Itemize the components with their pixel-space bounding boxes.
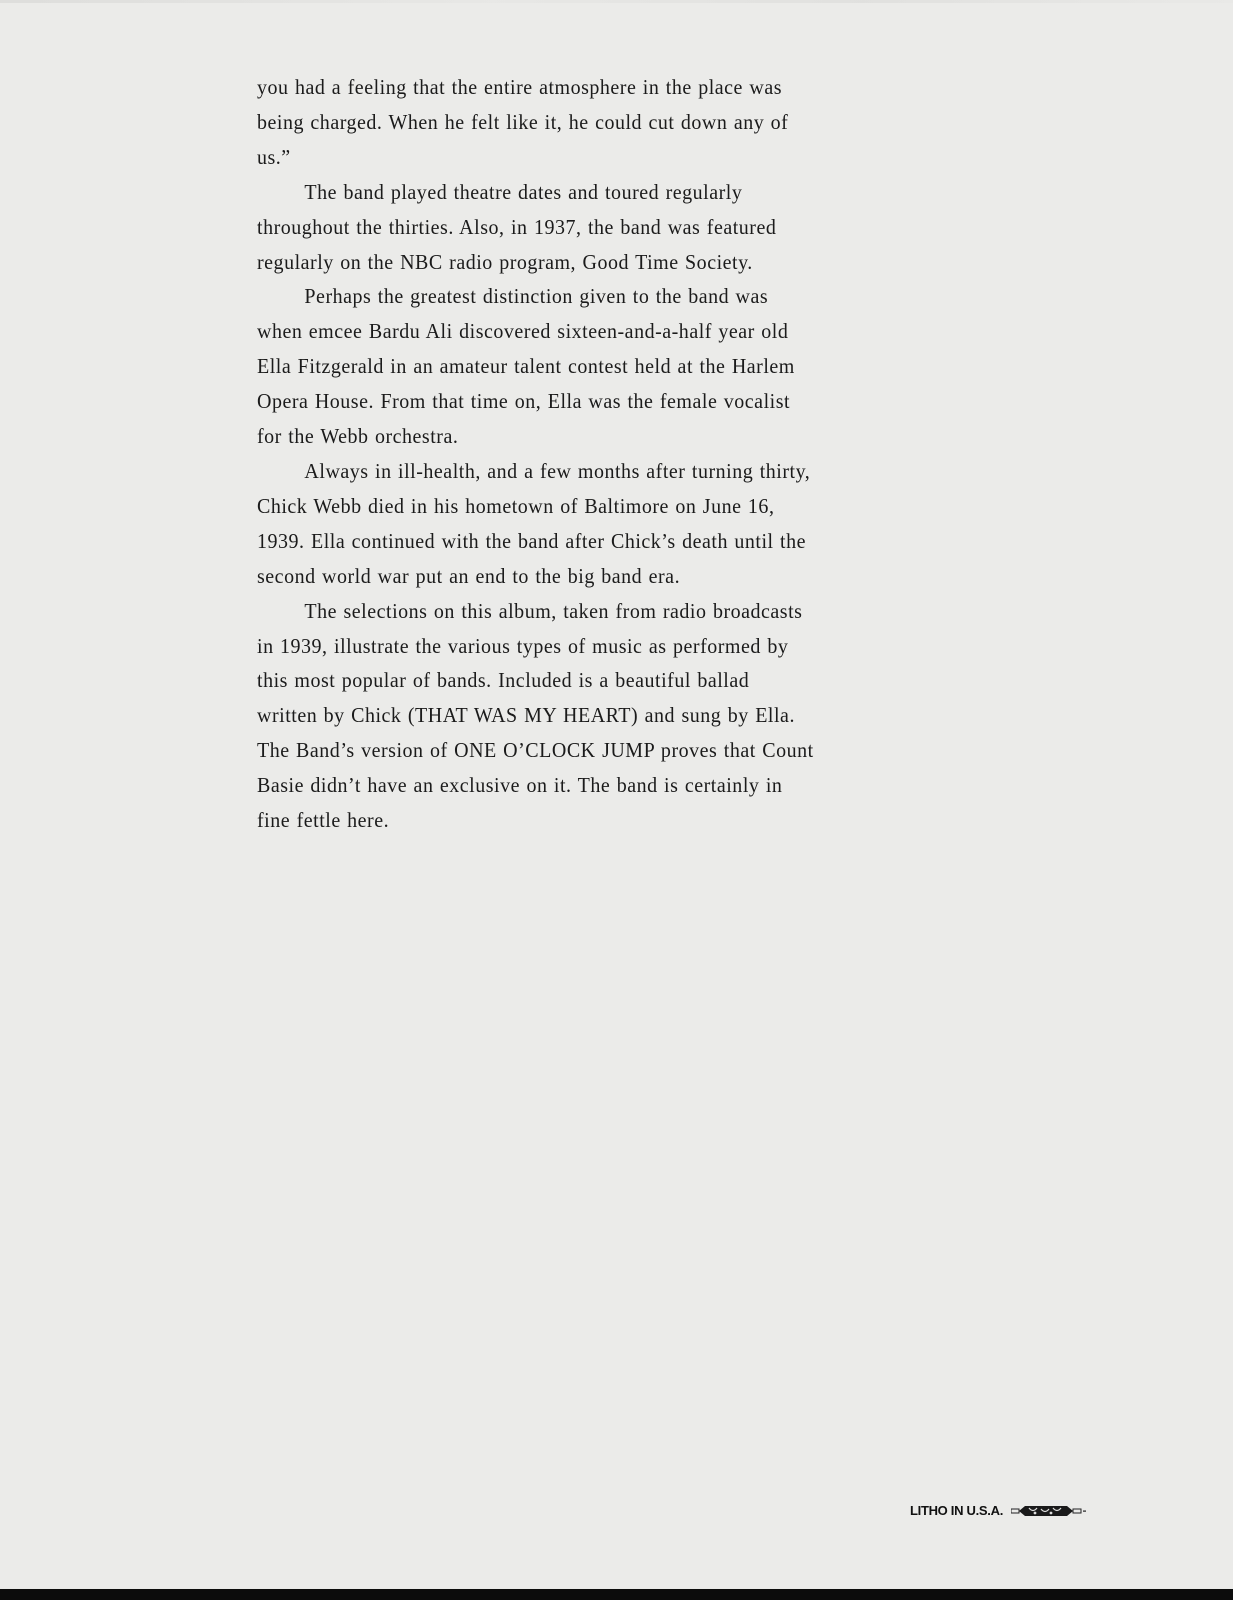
text-line: throughout the thirties. Also, in 1937, … bbox=[257, 210, 950, 245]
text-line: written by Chick (THAT WAS MY HEART) and… bbox=[257, 698, 950, 733]
text-line: Ella Fitzgerald in an amateur talent con… bbox=[257, 349, 950, 384]
text-line: The Band’s version of ONE O’CLOCK JUMP p… bbox=[257, 733, 950, 768]
imprint-text: LITHO IN U.S.A. bbox=[910, 1503, 1003, 1518]
text-line: The band played theatre dates and toured… bbox=[257, 175, 950, 210]
text-line: Perhaps the greatest distinction given t… bbox=[257, 279, 950, 314]
text-line: regularly on the NBC radio program, Good… bbox=[257, 245, 950, 280]
text-line: Opera House. From that time on, Ella was… bbox=[257, 384, 950, 419]
text-line: fine fettle here. bbox=[257, 803, 950, 838]
text-line: us.” bbox=[257, 140, 950, 175]
text-line: in 1939, illustrate the various types of… bbox=[257, 629, 950, 664]
document-page: you had a feeling that the entire atmosp… bbox=[0, 0, 1233, 1588]
text-line: when emcee Bardu Ali discovered sixteen-… bbox=[257, 314, 950, 349]
paragraph: The selections on this album, taken from… bbox=[257, 594, 950, 838]
liner-notes-text: you had a feeling that the entire atmosp… bbox=[257, 70, 950, 838]
printer-imprint: LITHO IN U.S.A. bbox=[910, 1503, 1087, 1518]
paragraph: Perhaps the greatest distinction given t… bbox=[257, 279, 950, 454]
text-line: being charged. When he felt like it, he … bbox=[257, 105, 950, 140]
text-line: The selections on this album, taken from… bbox=[257, 594, 950, 629]
text-line: Always in ill-health, and a few months a… bbox=[257, 454, 950, 489]
union-label-bug-icon bbox=[1011, 1504, 1087, 1518]
scan-bottom-border bbox=[0, 1589, 1233, 1600]
text-line: 1939. Ella continued with the band after… bbox=[257, 524, 950, 559]
page-top-edge bbox=[0, 0, 1233, 3]
paragraph: The band played theatre dates and toured… bbox=[257, 175, 950, 280]
text-line: this most popular of bands. Included is … bbox=[257, 663, 950, 698]
text-line: Chick Webb died in his hometown of Balti… bbox=[257, 489, 950, 524]
paragraph: Always in ill-health, and a few months a… bbox=[257, 454, 950, 594]
text-line: Basie didn’t have an exclusive on it. Th… bbox=[257, 768, 950, 803]
text-line: you had a feeling that the entire atmosp… bbox=[257, 70, 950, 105]
text-line: for the Webb orchestra. bbox=[257, 419, 950, 454]
text-line: second world war put an end to the big b… bbox=[257, 559, 950, 594]
paragraph: you had a feeling that the entire atmosp… bbox=[257, 70, 950, 175]
